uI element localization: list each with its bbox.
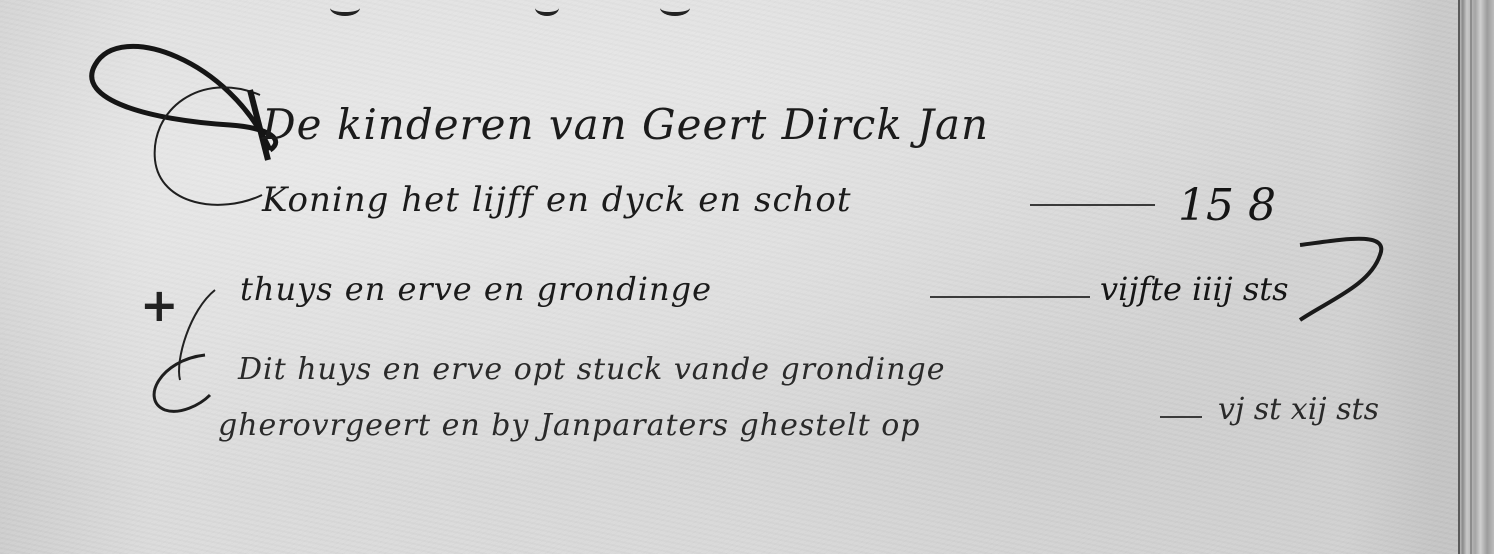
entry1-amount: 15 8 <box>1178 180 1276 231</box>
entry2-line1: thuys en erve en grondinge <box>240 270 712 308</box>
entry1-line1: De kinderen van Geert Dirck Jan <box>262 100 989 149</box>
manuscript-page: + De kinderen van Geert Dirck Jan Koning… <box>0 0 1494 554</box>
ink-stroke-top-2 <box>535 0 559 16</box>
entry3-amount: vj st xij sts <box>1218 392 1379 427</box>
entry3-line1: Dit huys en erve opt stuck vande grondin… <box>238 352 946 387</box>
ink-stroke-top-1 <box>330 0 360 16</box>
entry3-line2: gherovrgeert en by Janparaters ghestelt … <box>218 408 920 443</box>
entry1-leader-line <box>1030 204 1155 206</box>
ink-stroke-top-3 <box>660 0 690 16</box>
entry3-leader-line <box>1160 416 1202 418</box>
entry2-leader-line <box>930 296 1090 298</box>
page-binding-edge <box>1458 0 1494 554</box>
entry1-line2: Koning het lijff en dyck en schot <box>262 180 852 220</box>
entry2-amount: vijfte iiij sts <box>1100 270 1289 308</box>
plus-marker-icon: + <box>140 278 179 332</box>
